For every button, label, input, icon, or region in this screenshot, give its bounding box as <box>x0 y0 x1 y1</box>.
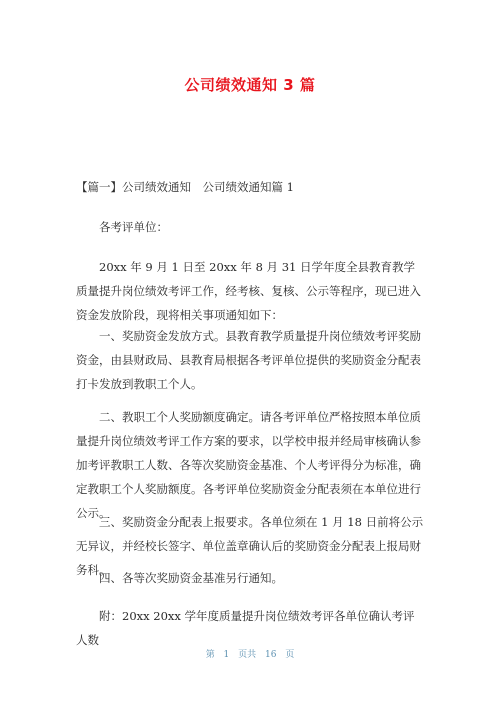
document-title: 公司绩效通知 3 篇 <box>0 74 500 95</box>
page-footer: 第 1 页共 16 页 <box>0 647 500 660</box>
paragraph-attachment: 附：20xx 20xx 学年度质量提升岗位绩效考评各单位确认考评人数 <box>76 604 426 652</box>
paragraph-intro: 20xx 年 9 月 1 日至 20xx 年 8 月 31 日学年度全县教育教学… <box>76 255 426 327</box>
paragraph-item-1: 一、奖励资金发放方式。县教育教学质量提升岗位绩效考评奖励资金，由县财政局、县教育… <box>76 324 426 396</box>
section-heading: 【篇一】公司绩效通知 公司绩效通知篇 1 <box>76 175 426 199</box>
paragraph-item-2: 二、教职工个人奖励额度确定。请各考评单位严格按照本单位质量提升岗位绩效考评工作方… <box>76 405 426 525</box>
paragraph-item-4: 四、各等次奖励资金基准另行通知。 <box>76 566 426 590</box>
salutation: 各考评单位： <box>76 215 426 239</box>
